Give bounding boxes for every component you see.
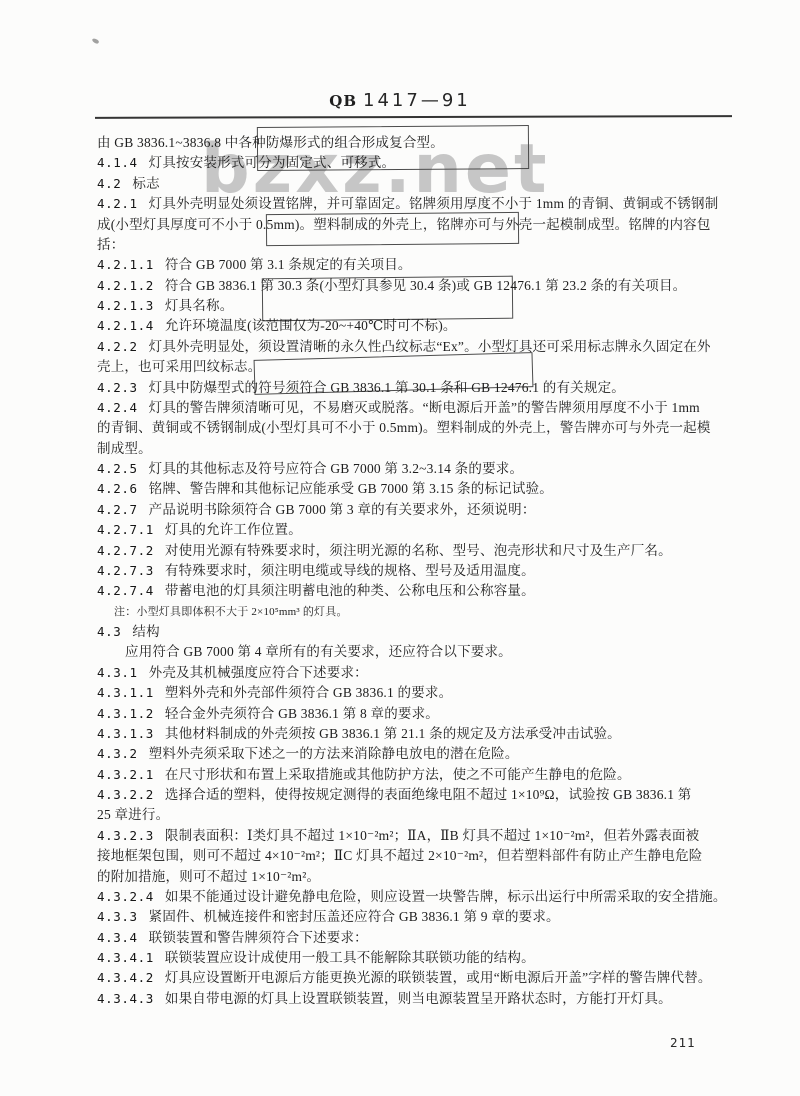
clause-line: 4.3.4.2灯具应设置断开电源后方能更换光源的联锁装置，或用“断电源后开盖”字… <box>97 968 742 988</box>
text-line: 接地框架包围，则可不超过 4×10⁻²m²；ⅡC 灯具不超过 2×10⁻²m²，… <box>97 846 742 866</box>
scanned-standard-page: QB1417—91 bzxz.net 由 GB 3836.1~3836.8 中各… <box>0 0 800 1096</box>
clause-number: 4.2.3 <box>97 378 138 398</box>
clause-text: 符合 GB 3836.1 第 30.3 条(小型灯具参见 30.4 条)或 GB… <box>165 278 686 293</box>
clause-text: 灯具名称。 <box>165 298 234 313</box>
clause-number: 4.3.2.3 <box>97 826 154 846</box>
clause-number: 4.3.4.2 <box>97 968 154 988</box>
clause-text: 标志 <box>132 176 159 191</box>
text-line: 的附加措施，则可不超过 1×10⁻²m²。 <box>97 867 742 887</box>
clause-line: 4.3.4.3如果自带电源的灯具上设置联锁装置，则当电源装置呈开路状态时，方能打… <box>97 989 742 1009</box>
clause-text: 塑料外壳和外壳部件须符合 GB 3836.1 的要求。 <box>165 685 452 700</box>
clause-text: 灯具中防爆型式的符号须符合 GB 3836.1 第 30.1 条和 GB 124… <box>149 380 625 395</box>
clause-number: 4.3.2.1 <box>97 765 154 785</box>
clause-text: 25 章进行。 <box>97 807 169 822</box>
clause-text: 接地框架包围，则可不超过 4×10⁻²m²；ⅡC 灯具不超过 2×10⁻²m²，… <box>97 848 702 863</box>
clause-number: 4.2.2 <box>97 337 138 357</box>
clause-text: 带蓄电池的灯具须注明蓄电池的种类、公称电压和公称容量。 <box>165 583 535 598</box>
text-line: 制成型。 <box>97 439 742 459</box>
clause-line: 4.2.2灯具外壳明显处，须设置清晰的永久性凸纹标志“Ex”。小型灯具还可采用标… <box>97 337 742 357</box>
page-number: 211 <box>670 1035 696 1050</box>
clause-text: 成(小型灯具厚度可不小于 0.5mm)。塑料制成的外壳上，铭牌亦可与外壳一起模制… <box>97 217 711 232</box>
clause-line: 4.3.1.3其他材料制成的外壳须按 GB 3836.1 第 21.1 条的规定… <box>97 724 742 744</box>
clause-number: 4.2.7.4 <box>97 581 154 601</box>
clause-number: 4.1.4 <box>97 153 138 173</box>
clause-number: 4.2 <box>97 174 121 194</box>
clause-text: 其他材料制成的外壳须按 GB 3836.1 第 21.1 条的规定及方法承受冲击… <box>165 726 621 741</box>
clause-text: 应用符合 GB 7000 第 4 章所有的有关要求，还应符合以下要求。 <box>125 644 512 659</box>
clause-text: 在尺寸形状和布置上采取措施或其他防护方法，使之不可能产生静电的危险。 <box>165 767 631 782</box>
clause-line: 4.3.2.1在尺寸形状和布置上采取措施或其他防护方法，使之不可能产生静电的危险… <box>97 765 742 785</box>
clause-line: 4.2.4灯具的警告牌须清晰可见，不易磨灭或脱落。“断电源后开盖”的警告牌须用厚… <box>97 398 742 418</box>
header-rule <box>95 115 732 119</box>
clause-line: 4.2.1灯具外壳明显处须设置铭牌，并可靠固定。铭牌须用厚度不小于 1mm 的青… <box>97 194 742 214</box>
clause-text: 对使用光源有特殊要求时，须注明光源的名称、型号、泡壳形状和尺寸及生产厂名。 <box>165 543 672 558</box>
scan-speck <box>91 37 99 44</box>
text-line: 的青铜、黄铜或不锈钢制成(小型灯具可不小于 0.5mm)。塑料制成的外壳上，警告… <box>97 418 742 438</box>
clause-number: 4.3.2 <box>97 744 138 764</box>
clause-number: 4.3.1.3 <box>97 724 154 744</box>
clause-line: 4.2.7.1灯具的允许工作位置。 <box>97 520 742 540</box>
clause-text: 灯具的允许工作位置。 <box>165 522 302 537</box>
clause-line: 4.2.1.2符合 GB 3836.1 第 30.3 条(小型灯具参见 30.4… <box>97 276 742 296</box>
page-header: QB1417—91 <box>0 90 800 111</box>
clause-number: 4.2.6 <box>97 479 138 499</box>
clause-number: 4.2.1.3 <box>97 296 154 316</box>
clause-number: 4.3 <box>97 622 121 642</box>
clause-number: 4.2.5 <box>97 459 138 479</box>
clause-text: 括： <box>97 237 124 252</box>
clause-line: 4.3.2塑料外壳须采取下述之一的方法来消除静电放电的潜在危险。 <box>97 744 742 764</box>
clause-line: 4.3.4联锁装置和警告牌须符合下述要求： <box>97 928 742 948</box>
clause-text: 灯具应设置断开电源后方能更换光源的联锁装置，或用“断电源后开盖”字样的警告牌代替… <box>165 970 712 985</box>
clause-text: 灯具的警告牌须清晰可见，不易磨灭或脱落。“断电源后开盖”的警告牌须用厚度不小于 … <box>149 400 700 415</box>
clause-line: 4.3.4.1联锁装置应设计成使用一般工具不能解除其联锁功能的结构。 <box>97 948 742 968</box>
clause-text: 轻合金外壳须符合 GB 3836.1 第 8 章的要求。 <box>165 706 439 721</box>
clause-number: 4.3.4 <box>97 928 138 948</box>
clause-number: 4.3.3 <box>97 907 138 927</box>
clause-text: 限制表面积：Ⅰ类灯具不超过 1×10⁻²m²；ⅡA，ⅡB 灯具不超过 1×10⁻… <box>165 828 699 843</box>
clause-number: 4.2.1.2 <box>97 276 154 296</box>
text-line: 25 章进行。 <box>97 805 742 825</box>
clause-text: 外壳及其机械强度应符合下述要求： <box>149 665 368 680</box>
clause-line: 4.2.1.3灯具名称。 <box>97 296 742 316</box>
clause-text: 如果不能通过设计避免静电危险，则应设置一块警告牌，标示出运行中所需采取的安全措施… <box>165 889 727 904</box>
clause-number: 4.2.7.2 <box>97 541 154 561</box>
clause-text: 铭牌、警告牌和其他标记应能承受 GB 7000 第 3.15 条的标记试验。 <box>149 481 553 496</box>
clause-text: 选择合适的塑料，使得按规定测得的表面绝缘电阻不超过 1×10⁹Ω，试验按 GB … <box>165 787 692 802</box>
clause-line: 4.3.1.1塑料外壳和外壳部件须符合 GB 3836.1 的要求。 <box>97 683 742 703</box>
clause-number: 4.2.7.1 <box>97 520 154 540</box>
clause-line: 4.3.2.4如果不能通过设计避免静电危险，则应设置一块警告牌，标示出运行中所需… <box>97 887 742 907</box>
clause-number: 4.2.7.3 <box>97 561 154 581</box>
clause-number: 4.3.1 <box>97 663 138 683</box>
clause-text: 联锁装置和警告牌须符合下述要求： <box>149 930 368 945</box>
clause-line: 4.2.5灯具的其他标志及符号应符合 GB 7000 第 3.2~3.14 条的… <box>97 459 742 479</box>
text-line: 应用符合 GB 7000 第 4 章所有的有关要求，还应符合以下要求。 <box>97 642 742 662</box>
clause-number: 4.2.1.1 <box>97 255 154 275</box>
clause-text: 灯具外壳明显处须设置铭牌，并可靠固定。铭牌须用厚度不小于 1mm 的青铜、黄铜或… <box>149 196 719 211</box>
clause-line: 4.2.7.4带蓄电池的灯具须注明蓄电池的种类、公称电压和公称容量。 <box>97 581 742 601</box>
clause-number: 4.2.1 <box>97 194 138 214</box>
clause-line: 4.1.4灯具按安装形式可分为固定式、可移式。 <box>97 153 742 173</box>
clause-number: 4.3.4.1 <box>97 948 154 968</box>
clause-text: 的附加措施，则可不超过 1×10⁻²m²。 <box>97 869 320 884</box>
clause-number: 4.3.1.1 <box>97 683 154 703</box>
text-line: 括： <box>97 235 742 255</box>
clause-line: 4.2.1.1符合 GB 7000 第 3.1 条规定的有关项目。 <box>97 255 742 275</box>
clause-text: 灯具按安装形式可分为固定式、可移式。 <box>149 155 396 170</box>
document-body: 由 GB 3836.1~3836.8 中各种防爆形式的组合形成复合型。4.1.4… <box>97 133 742 1009</box>
text-line: 注：小型灯具即体积不大于 2×10⁵mm³ 的灯具。 <box>97 602 742 622</box>
clause-text: 允许环境温度(该范围仅为-20~+40℃时可不标)。 <box>165 318 457 333</box>
standard-code-number: 1417—91 <box>363 90 471 111</box>
clause-text: 由 GB 3836.1~3836.8 中各种防爆形式的组合形成复合型。 <box>97 135 444 150</box>
clause-text: 制成型。 <box>97 441 152 456</box>
clause-text: 的青铜、黄铜或不锈钢制成(小型灯具可不小于 0.5mm)。塑料制成的外壳上，警告… <box>97 420 711 435</box>
clause-text: 注：小型灯具即体积不大于 2×10⁵mm³ 的灯具。 <box>114 606 348 618</box>
clause-text: 有特殊要求时，须注明电缆或导线的规格、型号及适用温度。 <box>165 563 535 578</box>
clause-line: 4.2.7产品说明书除须符合 GB 7000 第 3 章的有关要求外，还须说明： <box>97 500 742 520</box>
clause-line: 4.2.7.2对使用光源有特殊要求时，须注明光源的名称、型号、泡壳形状和尺寸及生… <box>97 541 742 561</box>
text-line: 成(小型灯具厚度可不小于 0.5mm)。塑料制成的外壳上，铭牌亦可与外壳一起模制… <box>97 215 742 235</box>
clause-line: 4.3.2.2选择合适的塑料，使得按规定测得的表面绝缘电阻不超过 1×10⁹Ω，… <box>97 785 742 805</box>
clause-text: 塑料外壳须采取下述之一的方法来消除静电放电的潜在危险。 <box>149 746 519 761</box>
clause-number: 4.2.7 <box>97 500 138 520</box>
text-line: 由 GB 3836.1~3836.8 中各种防爆形式的组合形成复合型。 <box>97 133 742 153</box>
clause-line: 4.3.2.3限制表面积：Ⅰ类灯具不超过 1×10⁻²m²；ⅡA，ⅡB 灯具不超… <box>97 826 742 846</box>
clause-number: 4.3.1.2 <box>97 704 154 724</box>
clause-line: 4.3.3紧固件、机械连接件和密封压盖还应符合 GB 3836.1 第 9 章的… <box>97 907 742 927</box>
standard-code-prefix: QB <box>329 92 357 110</box>
clause-number: 4.2.4 <box>97 398 138 418</box>
clause-text: 结构 <box>132 624 159 639</box>
clause-line: 4.3.1外壳及其机械强度应符合下述要求： <box>97 663 742 683</box>
clause-line: 4.2.3灯具中防爆型式的符号须符合 GB 3836.1 第 30.1 条和 G… <box>97 378 742 398</box>
clause-line: 4.2标志 <box>97 174 742 194</box>
clause-text: 产品说明书除须符合 GB 7000 第 3 章的有关要求外，还须说明： <box>149 502 536 517</box>
clause-text: 联锁装置应设计成使用一般工具不能解除其联锁功能的结构。 <box>165 950 535 965</box>
clause-line: 4.3结构 <box>97 622 742 642</box>
clause-line: 4.2.7.3有特殊要求时，须注明电缆或导线的规格、型号及适用温度。 <box>97 561 742 581</box>
clause-text: 壳上，也可采用凹纹标志。 <box>97 359 261 374</box>
clause-number: 4.2.1.4 <box>97 316 154 336</box>
clause-text: 灯具外壳明显处，须设置清晰的永久性凸纹标志“Ex”。小型灯具还可采用标志牌永久固… <box>149 339 711 354</box>
clause-number: 4.3.4.3 <box>97 989 154 1009</box>
clause-text: 紧固件、机械连接件和密封压盖还应符合 GB 3836.1 第 9 章的要求。 <box>149 909 560 924</box>
clause-number: 4.3.2.2 <box>97 785 154 805</box>
clause-line: 4.3.1.2轻合金外壳须符合 GB 3836.1 第 8 章的要求。 <box>97 704 742 724</box>
clause-text: 符合 GB 7000 第 3.1 条规定的有关项目。 <box>165 257 412 272</box>
clause-line: 4.2.6铭牌、警告牌和其他标记应能承受 GB 7000 第 3.15 条的标记… <box>97 479 742 499</box>
clause-text: 灯具的其他标志及符号应符合 GB 7000 第 3.2~3.14 条的要求。 <box>149 461 524 476</box>
clause-text: 如果自带电源的灯具上设置联锁装置，则当电源装置呈开路状态时，方能打开灯具。 <box>165 991 672 1006</box>
clause-number: 4.3.2.4 <box>97 887 154 907</box>
clause-line: 4.2.1.4允许环境温度(该范围仅为-20~+40℃时可不标)。 <box>97 316 742 336</box>
text-line: 壳上，也可采用凹纹标志。 <box>97 357 742 377</box>
